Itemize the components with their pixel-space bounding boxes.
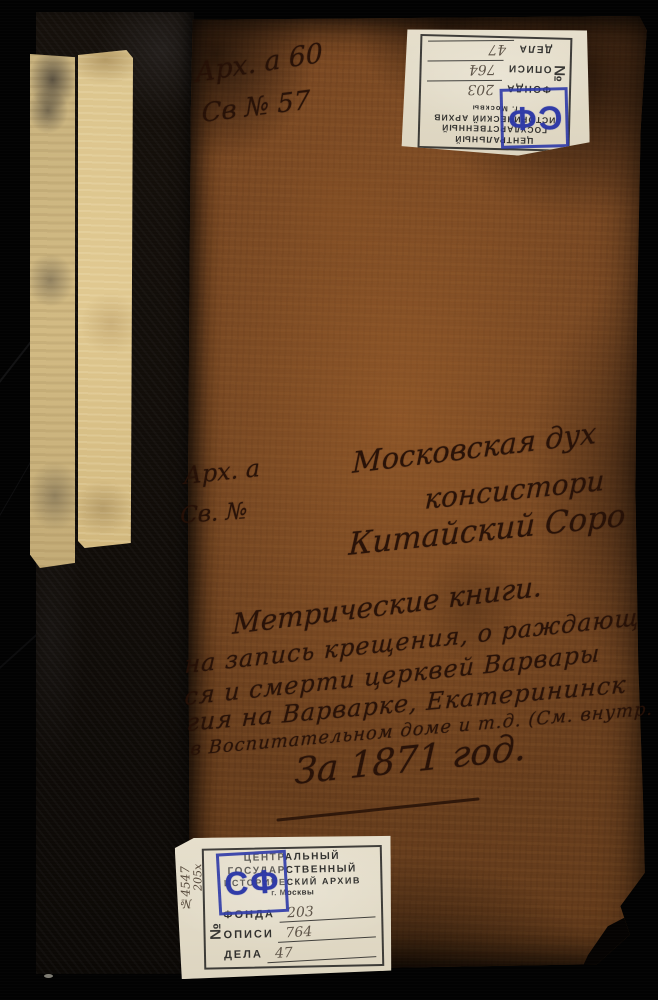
spine-paper-strip-right [78, 50, 133, 548]
field-value: 47 [428, 41, 514, 57]
archive-label-top-right: ЦЕНТРАЛЬНЫЙ ГОСУДАРСТВЕННЫЙ ИСТОРИЧЕСКИЙ… [401, 26, 592, 158]
number-sign: № [185, 923, 245, 940]
sf-stamp: СФ [216, 850, 289, 916]
number-sign: № [529, 65, 589, 83]
torn-corner [582, 896, 658, 968]
field-label: ДЕЛА [224, 949, 263, 962]
field-value: 47 [266, 941, 376, 963]
field-value: 764 [428, 61, 504, 77]
field-label: ДЕЛА [518, 42, 552, 54]
archive-label-bottom-left: №4547 205х ЦЕНТРАЛЬНЫЙ ГОСУДАРСТВЕННЫЙ И… [175, 834, 394, 979]
backdrop-scratch [0, 634, 37, 696]
photo-backdrop: Арх. а 60 Св № 57 Арх. а Св. № Московска… [0, 0, 658, 1000]
field-row-delo: ДЕЛА 47 [224, 938, 376, 961]
inscription-sv-mark: Св. № [180, 498, 248, 529]
field-value: 203 [427, 81, 502, 97]
backdrop-speck [44, 974, 53, 978]
spine-paper-strip-left [30, 54, 75, 568]
field-row-opis: ОПИСИ 764 [223, 918, 375, 941]
sf-stamp: СФ [500, 87, 570, 149]
label-flipped-content: ЦЕНТРАЛЬНЫЙ ГОСУДАРСТВЕННЫЙ ИСТОРИЧЕСКИЙ… [401, 26, 592, 158]
